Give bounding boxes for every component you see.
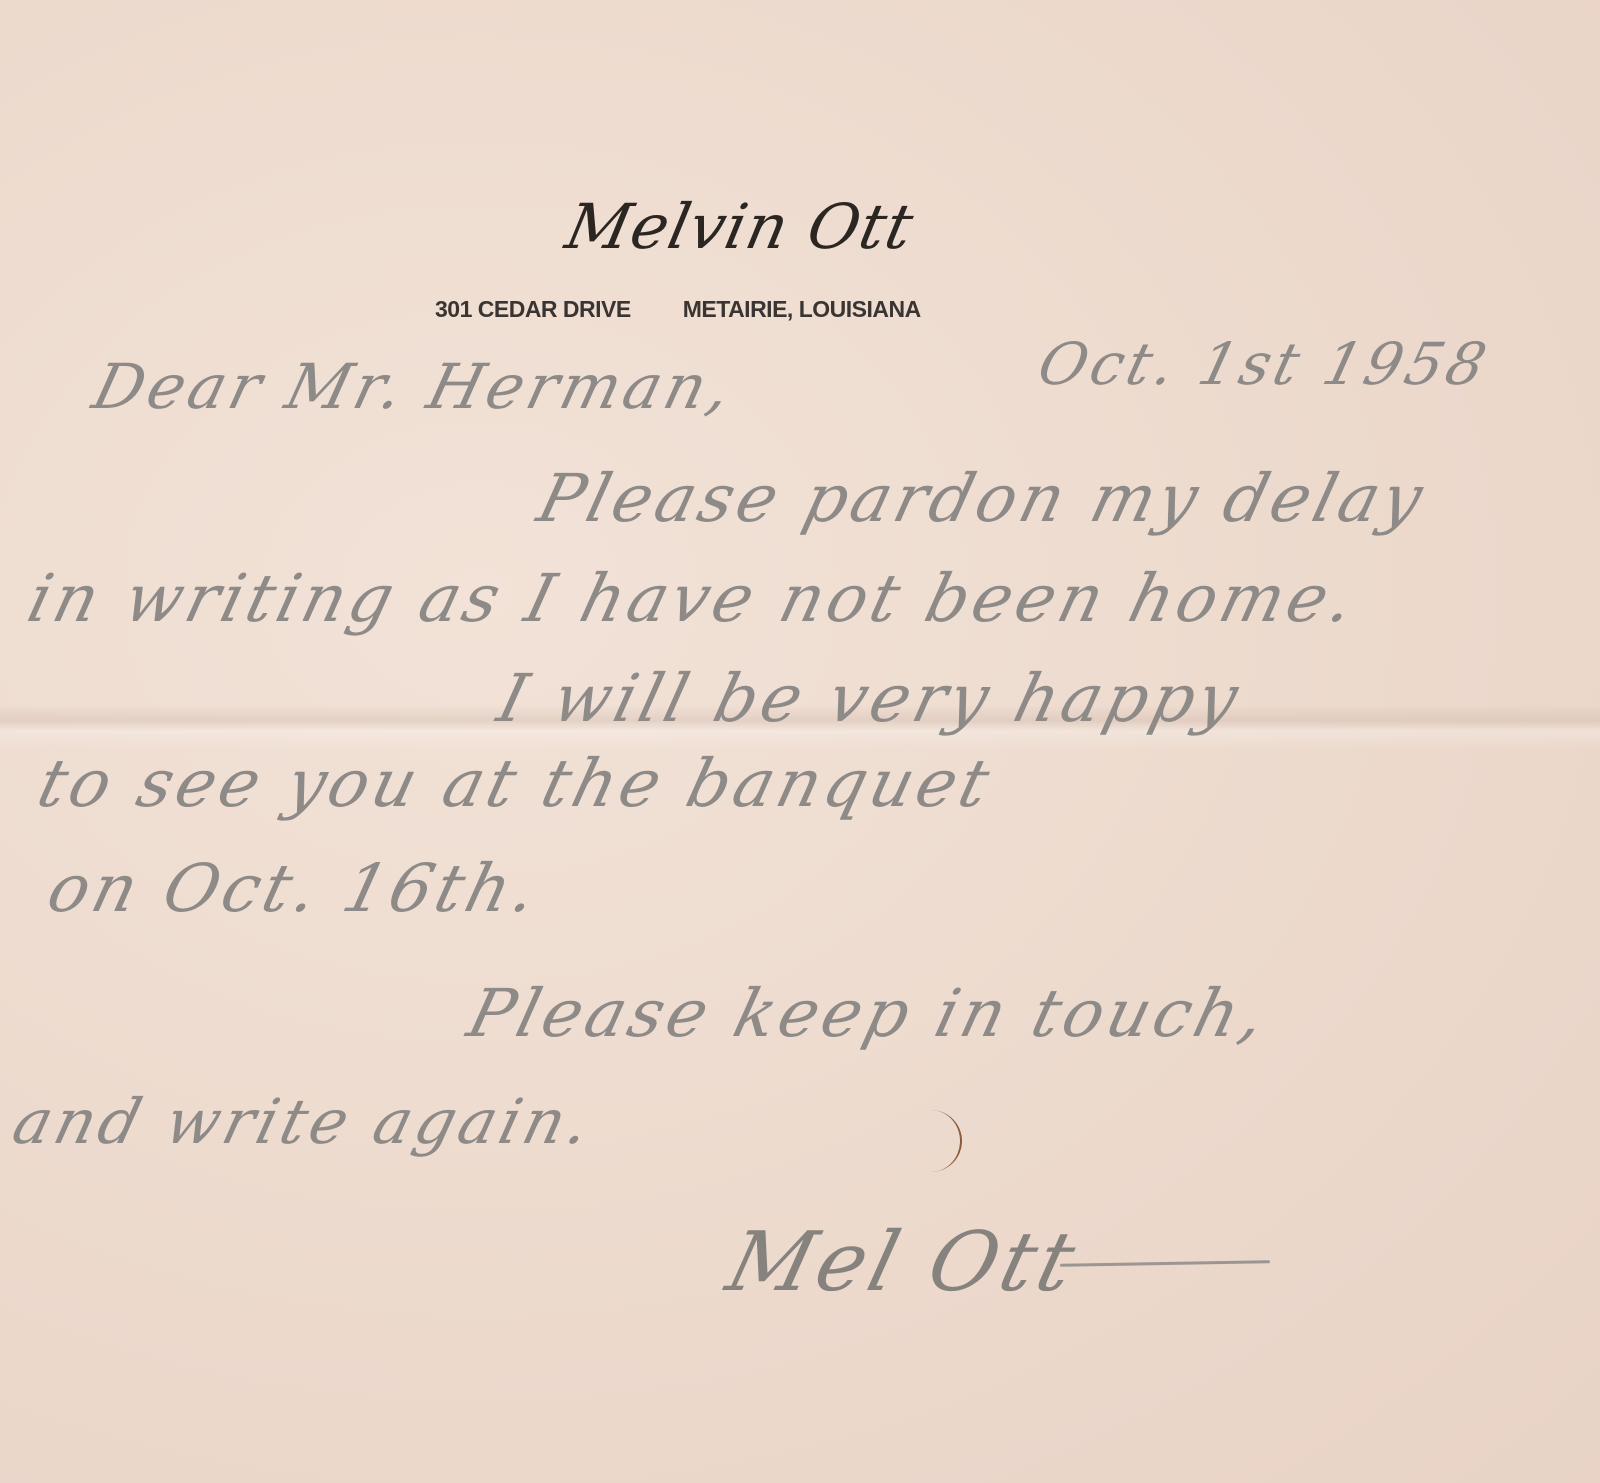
body-line: and write again.: [6, 1085, 601, 1158]
signature: Mel Ott: [718, 1215, 1088, 1310]
body-line: on Oct. 16th.: [40, 850, 548, 927]
letterhead-address: 301 CEDAR DRIVE METAIRIE, LOUISIANA: [435, 296, 921, 323]
body-line: to see you at the banquet: [30, 745, 1000, 822]
letterhead-city: METAIRIE, LOUISIANA: [683, 296, 921, 323]
letterhead-name: Melvin Ott: [552, 190, 928, 263]
body-line: Please pardon my delay: [530, 460, 1434, 537]
salutation: Dear Mr. Herman,: [86, 350, 742, 423]
letter-date: Oct. 1st 1958: [1032, 330, 1497, 398]
body-line: Please keep in touch,: [460, 975, 1276, 1052]
body-line: in writing as I have not been home.: [20, 560, 1365, 637]
letterhead-street: 301 CEDAR DRIVE: [435, 296, 631, 323]
body-line: I will be very happy: [490, 660, 1249, 737]
